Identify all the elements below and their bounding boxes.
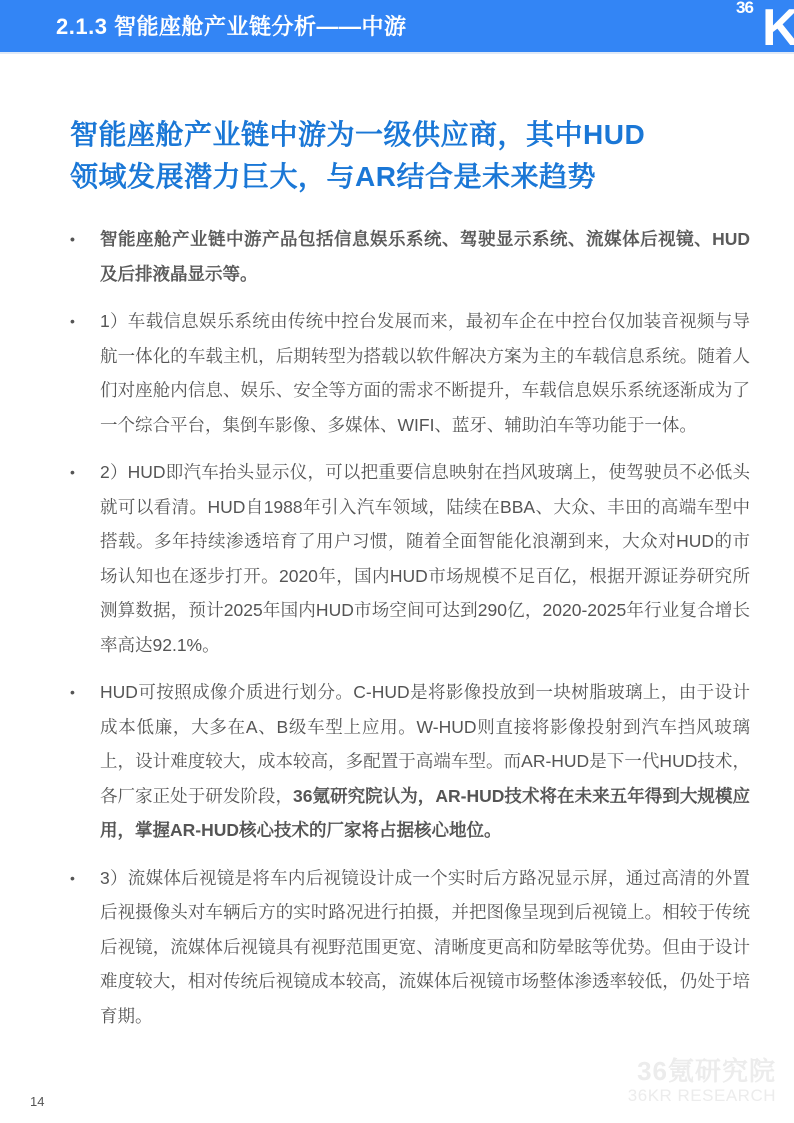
watermark-cn-text: 36氪研究院 bbox=[628, 1056, 776, 1086]
bullet-item-infotainment: • 1）车载信息娱乐系统由传统中控台发展而来，最初车企在中控台仅加装音视频与导航… bbox=[70, 304, 750, 442]
bullet-item-hud-types: • HUD可按照成像介质进行划分。C-HUD是将影像投放到一块树脂玻璃上，由于设… bbox=[70, 675, 750, 848]
bullet-text: 智能座舱产业链中游产品包括信息娱乐系统、驾驶显示系统、流媒体后视镜、HUD及后排… bbox=[100, 229, 750, 284]
bullet-text: 1）车载信息娱乐系统由传统中控台发展而来，最初车企在中控台仅加装音视频与导航一体… bbox=[100, 311, 750, 435]
bullet-text: 2）HUD即汽车抬头显示仪，可以把重要信息映射在挡风玻璃上，使驾驶员不必低头就可… bbox=[100, 462, 750, 655]
bullet-icon: • bbox=[70, 861, 75, 896]
bullet-item-streaming-mirror: • 3）流媒体后视镜是将车内后视镜设计成一个实时后方路况显示屏，通过高清的外置后… bbox=[70, 861, 750, 1034]
page-headline: 智能座舱产业链中游为一级供应商，其中HUD 领域发展潜力巨大，与AR结合是未来趋… bbox=[70, 114, 750, 198]
section-title: 2.1.3 智能座舱产业链分析——中游 bbox=[56, 10, 407, 41]
bullet-text: 3）流媒体后视镜是将车内后视镜设计成一个实时后方路况显示屏，通过高清的外置后视摄… bbox=[100, 868, 750, 1026]
36kr-research-watermark: 36氪研究院 36KR RESEARCH bbox=[628, 1056, 776, 1106]
headline-line-1: 智能座舱产业链中游为一级供应商，其中HUD bbox=[70, 114, 750, 156]
bullet-icon: • bbox=[70, 222, 75, 257]
logo-36-text: 36 bbox=[736, 0, 753, 18]
bullet-list: • 智能座舱产业链中游产品包括信息娱乐系统、驾驶显示系统、流媒体后视镜、HUD及… bbox=[70, 222, 750, 1046]
watermark-en-text: 36KR RESEARCH bbox=[628, 1086, 776, 1106]
bullet-icon: • bbox=[70, 675, 75, 710]
headline-line-2: 领域发展潜力巨大，与AR结合是未来趋势 bbox=[70, 156, 750, 198]
bullet-icon: • bbox=[70, 304, 75, 339]
section-header-bar: 2.1.3 智能座舱产业链分析——中游 36 Kr bbox=[0, 0, 794, 52]
bullet-icon: • bbox=[70, 455, 75, 490]
36kr-logo: 36 Kr bbox=[730, 0, 794, 52]
page-number: 14 bbox=[30, 1094, 44, 1109]
header-divider bbox=[0, 52, 794, 54]
bullet-item-overview: • 智能座舱产业链中游产品包括信息娱乐系统、驾驶显示系统、流媒体后视镜、HUD及… bbox=[70, 222, 750, 291]
logo-kr-text: Kr bbox=[762, 2, 794, 52]
bullet-item-hud: • 2）HUD即汽车抬头显示仪，可以把重要信息映射在挡风玻璃上，使驾驶员不必低头… bbox=[70, 455, 750, 662]
